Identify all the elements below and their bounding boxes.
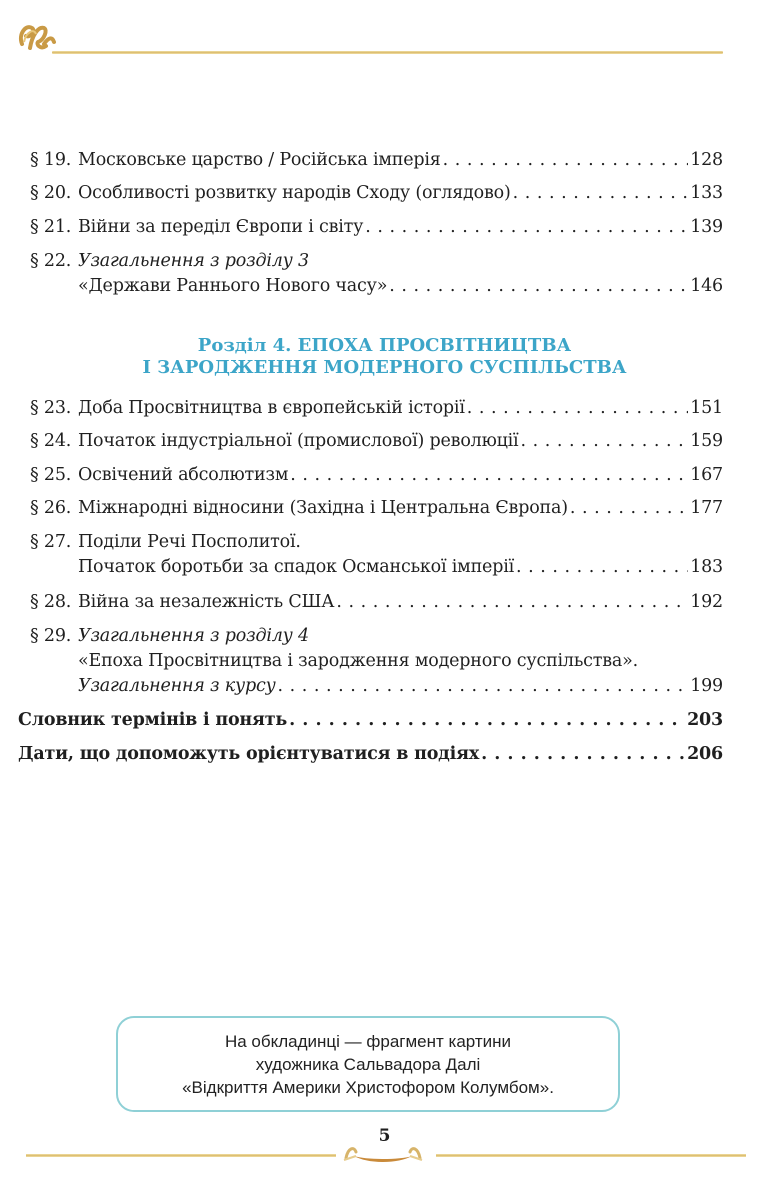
toc-entry-title-line2: «Епоха Просвітництва і зародження модерн… [78,650,638,672]
toc-entry-page: 139 [690,216,723,238]
toc-leader-dots [481,743,685,765]
toc-entry-continuation[interactable]: Узагальнення з курсу 199 [78,675,723,697]
toc-entry-title: Доба Просвітництва в європейській історі… [78,397,465,419]
toc-entry-page: 192 [690,591,723,613]
toc-entry-page: 199 [690,675,723,697]
toc-entry-page: 133 [690,182,723,204]
toc-entry-page: 177 [690,497,723,519]
toc-entry-page: 146 [690,275,723,297]
toc-entry-page: 151 [690,397,723,419]
toc-entry[interactable]: § 25. Освічений абсолютизм 167 [30,464,723,486]
cover-note-line2: художника Сальвадора Далі [118,1053,618,1076]
toc-entry-title: Освічений абсолютизм [78,464,288,486]
toc-entry-number: § 22. [30,250,78,272]
gold-scroll-ornament-icon [340,1140,426,1166]
toc-entry-number: § 27. [30,531,78,553]
toc-entry-number: § 20. [30,182,78,204]
toc-entry[interactable]: § 20. Особливості розвитку народів Сходу… [30,182,723,204]
toc-leader-dots [467,397,688,419]
toc-entry-continuation[interactable]: Початок боротьби за спадок Османської ім… [78,556,723,578]
toc-entry[interactable]: § 24. Початок індустріальної (промислово… [30,430,723,452]
toc-entry-title: Особливості розвитку народів Сходу (огля… [78,182,511,204]
toc-entry-title: Міжнародні відносини (Західна і Централь… [78,497,568,519]
toc-leader-dots [290,464,688,486]
toc-leader-dots [365,216,688,238]
toc-entry-title-line3: Узагальнення з курсу [78,675,276,697]
toc-leader-dots [389,275,688,297]
toc-entry-number: § 28. [30,591,78,613]
toc-entry[interactable]: § 21. Війни за переділ Європи і світу 13… [30,216,723,238]
toc-entry[interactable]: § 19. Московське царство / Російська імп… [30,149,723,171]
section-heading-line2: І ЗАРОДЖЕННЯ МОДЕРНОГО СУСПІЛЬСТВА [0,356,769,380]
cover-note-box: На обкладинці — фрагмент картини художни… [116,1016,620,1112]
toc-leader-dots [513,182,689,204]
toc-entry-title: Словник термінів і понять [18,709,287,731]
toc-entry[interactable]: § 26. Міжнародні відносини (Західна і Це… [30,497,723,519]
footer-rule-left [26,1154,336,1157]
gold-flourish-icon [16,14,58,56]
toc-leader-dots [336,591,688,613]
toc-entry-number: § 23. [30,397,78,419]
toc-entry-page: 128 [690,149,723,171]
toc-entry-title: Дати, що допоможуть орієнтуватися в поді… [18,743,479,765]
toc-entry[interactable]: § 28. Війна за незалежність США 192 [30,591,723,613]
cover-note-line1: На обкладинці — фрагмент картини [118,1030,618,1053]
toc-entry-title: Узагальнення з розділу 3 [78,250,309,272]
toc-entry-title: Поділи Речі Посполитої. [78,531,301,553]
footer-rule-right [436,1154,746,1157]
toc-entry-title: Узагальнення з розділу 4 [78,625,309,647]
toc-entry-number: § 26. [30,497,78,519]
toc-entry-number: § 19. [30,149,78,171]
toc-entry-continuation[interactable]: «Держави Раннього Нового часу» 146 [78,275,723,297]
toc-leader-dots [570,497,688,519]
toc-leader-dots [278,675,689,697]
toc-entry-title: Московське царство / Російська імперія [78,149,441,171]
toc-leader-dots [520,430,688,452]
toc-entry-page: 159 [690,430,723,452]
toc-entry[interactable]: § 27. Поділи Речі Посполитої. [30,531,723,553]
toc-appendix-glossary[interactable]: Словник термінів і понять 203 [18,709,723,731]
toc-entry-title: Війни за переділ Європи і світу [78,216,363,238]
toc-entry[interactable]: § 23. Доба Просвітництва в європейській … [30,397,723,419]
cover-note-line3: «Відкриття Америки Христофором Колумбом»… [118,1076,618,1099]
toc-entry-title-line2: Початок боротьби за спадок Османської ім… [78,556,514,578]
toc-entry-number: § 29. [30,625,78,647]
toc-entry-title: Війна за незалежність США [78,591,334,613]
toc-entry-page: 206 [687,743,723,765]
toc-entry-number: § 25. [30,464,78,486]
toc-entry-page: 183 [690,556,723,578]
toc-entry-number: § 24. [30,430,78,452]
toc-entry-title: Початок індустріальної (промислової) рев… [78,430,518,452]
toc-appendix-dates[interactable]: Дати, що допоможуть орієнтуватися в поді… [18,743,723,765]
toc-leader-dots [516,556,688,578]
toc-entry[interactable]: § 29. Узагальнення з розділу 4 [30,625,723,647]
toc-entry-page: 203 [687,709,723,731]
toc-entry[interactable]: § 22. Узагальнення з розділу 3 [30,250,723,272]
header-rule [52,51,723,54]
toc-leader-dots [289,709,685,731]
toc-entry-title-line2: «Держави Раннього Нового часу» [78,275,387,297]
toc-entry-page: 167 [690,464,723,486]
toc-entry-number: § 21. [30,216,78,238]
section-heading-line1: Розділ 4. ЕПОХА ПРОСВІТНИЦТВА [0,334,769,358]
toc-leader-dots [443,149,689,171]
